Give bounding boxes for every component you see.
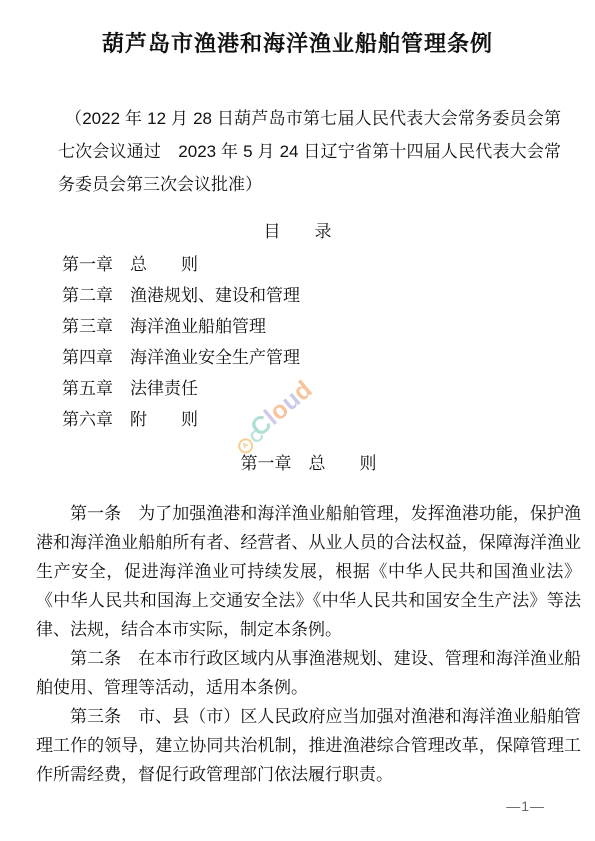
toc-title-label: 总 则 [130, 255, 198, 274]
toc-list: 第一章总 则第二章渔港规划、建设和管理第三章海洋渔业船舶管理第四章海洋渔业安全生… [62, 249, 581, 435]
toc-item: 第一章总 则 [62, 249, 581, 280]
approval-note: （2022 年 12 月 28 日葫芦岛市第七届人民代表大会常务委员会第七次会议… [58, 102, 561, 201]
toc-chapter-label: 第六章 [62, 410, 113, 429]
document-page: 葫芦岛市渔港和海洋渔业船舶管理条例 （2022 年 12 月 28 日葫芦岛市第… [0, 0, 595, 841]
toc-item: 第二章渔港规划、建设和管理 [62, 280, 581, 311]
toc-title-label: 海洋渔业船舶管理 [130, 317, 266, 336]
toc-chapter-label: 第四章 [62, 348, 113, 367]
toc-chapter-label: 第五章 [62, 379, 113, 398]
toc-item: 第五章法律责任 [62, 373, 581, 404]
page-number: —1— [506, 798, 545, 814]
table-of-contents: 目 录 第一章总 则第二章渔港规划、建设和管理第三章海洋渔业船舶管理第四章海洋渔… [0, 217, 595, 435]
toc-chapter-label: 第二章 [62, 286, 113, 305]
article-paragraph: 第一条 为了加强渔港和海洋渔业船舶管理，发挥渔港功能，保护渔港和海洋渔业船舶所有… [36, 499, 581, 644]
document-title: 葫芦岛市渔港和海洋渔业船舶管理条例 [0, 30, 595, 58]
toc-item: 第六章附 则 [62, 404, 581, 435]
toc-chapter-label: 第一章 [62, 255, 113, 274]
toc-heading: 目 录 [0, 217, 595, 247]
chapter-heading: 第一章 总 则 [36, 449, 581, 479]
toc-title-label: 海洋渔业安全生产管理 [130, 348, 300, 367]
article-paragraph: 第二条 在本市行政区域内从事渔港规划、建设、管理和海洋渔业船舶使用、管理等活动，… [36, 644, 581, 702]
article-paragraph: 第三条 市、县（市）区人民政府应当加强对渔港和海洋渔业船舶管理工作的领导，建立协… [36, 702, 581, 789]
toc-title-label: 渔港规划、建设和管理 [130, 286, 300, 305]
toc-item: 第三章海洋渔业船舶管理 [62, 311, 581, 342]
toc-chapter-label: 第三章 [62, 317, 113, 336]
toc-title-label: 附 则 [130, 410, 198, 429]
toc-item: 第四章海洋渔业安全生产管理 [62, 342, 581, 373]
chapter-body: 第一条 为了加强渔港和海洋渔业船舶管理，发挥渔港功能，保护渔港和海洋渔业船舶所有… [36, 499, 581, 789]
toc-title-label: 法律责任 [130, 379, 198, 398]
